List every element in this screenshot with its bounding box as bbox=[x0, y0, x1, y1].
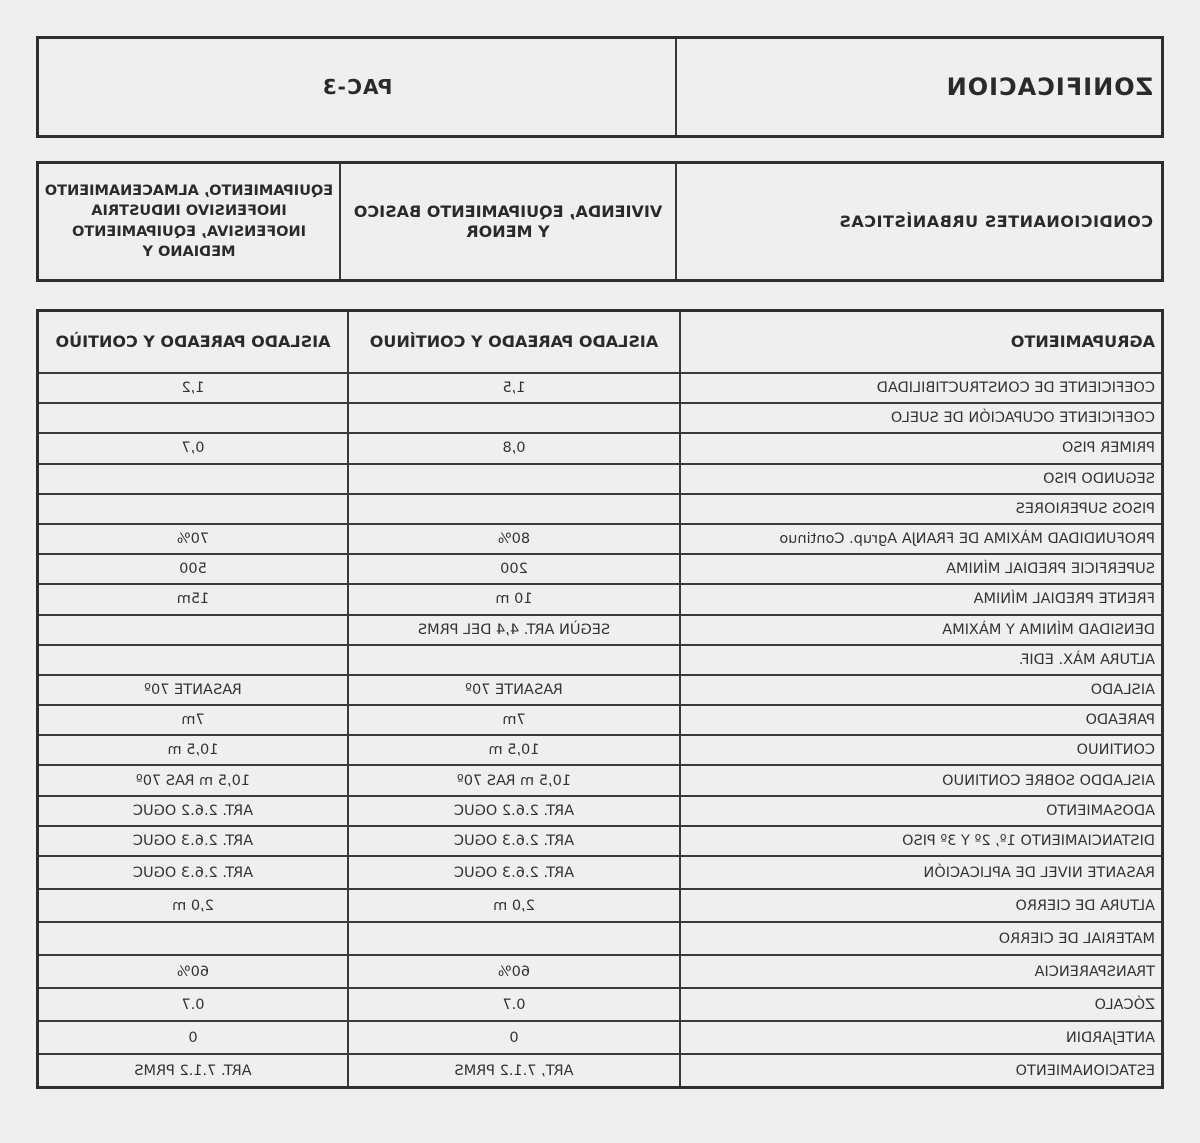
conditions-table: CONDICIONANTES URBANÍSTICAS VIVIENDA, EQ… bbox=[36, 161, 1164, 282]
row-col-2: 10,5 m bbox=[38, 735, 349, 765]
row-col-1 bbox=[348, 403, 680, 433]
row-col-1: 80% bbox=[348, 524, 680, 554]
row-col-1 bbox=[348, 645, 680, 675]
row-label: SUPERFICIE PREDIAL MÍNIMA bbox=[680, 554, 1163, 584]
header-col-1: AISLADO PAREADO Y CONTÍNUO bbox=[348, 311, 680, 374]
use-column-2: EQUIPAMIENTO, ALMACENAMIENTO INOFENSIVO … bbox=[38, 163, 341, 281]
row-col-2 bbox=[38, 922, 349, 955]
row-col-2 bbox=[38, 464, 349, 494]
table-row: RASANTE NIVEL DE APLICACIÓNART. 2.6.3 OG… bbox=[38, 856, 1163, 889]
row-col-2: 0,7 bbox=[38, 433, 349, 463]
row-label: CONTINUO bbox=[680, 735, 1163, 765]
use-column-1: VIVIENDA, EQUIPAMIENTO BASICO Y MENOR bbox=[340, 163, 676, 281]
table-row: TRANSPARENCIA60%60% bbox=[38, 955, 1163, 988]
row-col-2: 0.7 bbox=[38, 988, 349, 1021]
row-label: DENSIDAD MÍNIMA Y MÀXIMA bbox=[680, 615, 1163, 645]
table-row: ADOSAMIENTOART. 2.6.2 OGUCART. 2.6.2 OGU… bbox=[38, 796, 1163, 826]
row-label: PISOS SUPERIORES bbox=[680, 494, 1163, 524]
row-col-1: ART. 2.6.3 OGUC bbox=[348, 826, 680, 856]
row-label: ALTURA DE CIERRO bbox=[680, 889, 1163, 922]
parameters-table: AGRUPAMIENTO AISLADO PAREADO Y CONTÍNUO … bbox=[36, 309, 1164, 1089]
row-col-1 bbox=[348, 464, 680, 494]
row-col-2: RASANTE 70º bbox=[38, 675, 349, 705]
row-col-2: 70% bbox=[38, 524, 349, 554]
row-col-2: 2,0 m bbox=[38, 889, 349, 922]
row-col-1: ART, 7.1.2 PRMS bbox=[348, 1054, 680, 1088]
row-col-2 bbox=[38, 645, 349, 675]
table-row: ALTURA MÀX. EDIF. bbox=[38, 645, 1163, 675]
row-label: ZÓCALO bbox=[680, 988, 1163, 1021]
header-col-2: AISLADO PAREADO Y CONTIÙO bbox=[38, 311, 349, 374]
row-col-2 bbox=[38, 615, 349, 645]
row-label: TRANSPARENCIA bbox=[680, 955, 1163, 988]
table-row: SUPERFICIE PREDIAL MÍNIMA200500 bbox=[38, 554, 1163, 584]
row-col-1: 10 m bbox=[348, 584, 680, 614]
table-row: SEGUNDO PISO bbox=[38, 464, 1163, 494]
table-row: ANTEJARDIN00 bbox=[38, 1021, 1163, 1054]
zoning-value: PAC-3 bbox=[38, 38, 677, 137]
table-row: AISLADORASANTE 70ºRASANTE 70º bbox=[38, 675, 1163, 705]
row-label: SEGUNDO PISO bbox=[680, 464, 1163, 494]
row-col-1: 60% bbox=[348, 955, 680, 988]
row-label: PRIMER PISO bbox=[680, 433, 1163, 463]
row-col-2 bbox=[38, 403, 349, 433]
row-col-1: RASANTE 70º bbox=[348, 675, 680, 705]
row-label: ANTEJARDIN bbox=[680, 1021, 1163, 1054]
table-header-row: AGRUPAMIENTO AISLADO PAREADO Y CONTÍNUO … bbox=[38, 311, 1163, 374]
table-row: PISOS SUPERIORES bbox=[38, 494, 1163, 524]
row-col-1: 10,5 m bbox=[348, 735, 680, 765]
row-col-2: ART. 7.1.2 PRMS bbox=[38, 1054, 349, 1088]
row-col-1: 2,0 m bbox=[348, 889, 680, 922]
row-label: AISLADDO SOBRE CONTINUO bbox=[680, 765, 1163, 795]
row-col-1 bbox=[348, 922, 680, 955]
table-row: PRIMER PISO0,80,7 bbox=[38, 433, 1163, 463]
table-row: CONTINUO10,5 m10,5 m bbox=[38, 735, 1163, 765]
row-col-1: 10,5 m RAS 70º bbox=[348, 765, 680, 795]
row-label: MATERIAL DE CIERRO bbox=[680, 922, 1163, 955]
row-label: COEFICIENTE OCUPACIÓN DE SUELO bbox=[680, 403, 1163, 433]
row-label: ALTURA MÀX. EDIF. bbox=[680, 645, 1163, 675]
row-col-2: 7m bbox=[38, 705, 349, 735]
row-col-1: 1,5 bbox=[348, 373, 680, 403]
row-label: PROFUNDIDAD MÀXIMA DE FRANJA Agrup. Cont… bbox=[680, 524, 1163, 554]
parameters-table-body: AGRUPAMIENTO AISLADO PAREADO Y CONTÍNUO … bbox=[38, 311, 1163, 1088]
row-col-1: 0.7 bbox=[348, 988, 680, 1021]
table-row: PROFUNDIDAD MÀXIMA DE FRANJA Agrup. Cont… bbox=[38, 524, 1163, 554]
row-col-2: ART. 2.6.2 OGUC bbox=[38, 796, 349, 826]
table-row: AISLADDO SOBRE CONTINUO10,5 m RAS 70º10,… bbox=[38, 765, 1163, 795]
table-row: COEFICIENTE OCUPACIÓN DE SUELO bbox=[38, 403, 1163, 433]
row-col-1: 0 bbox=[348, 1021, 680, 1054]
header-label: AGRUPAMIENTO bbox=[680, 311, 1163, 374]
table-row: ESTACIONAMIENTOART, 7.1.2 PRMSART. 7.1.2… bbox=[38, 1054, 1163, 1088]
row-col-1: 200 bbox=[348, 554, 680, 584]
row-label: DISTANCIAMIENTO 1º, 2º Y 3º PISO bbox=[680, 826, 1163, 856]
row-col-1: ART. 2.6.3 OGUC bbox=[348, 856, 680, 889]
mirrored-document-page: ZONIFICACION PAC-3 CONDICIONANTES URBANÍ… bbox=[0, 0, 1200, 1143]
conditions-label: CONDICIONANTES URBANÍSTICAS bbox=[676, 163, 1163, 281]
table-row: PAREADO7m7m bbox=[38, 705, 1163, 735]
table-row: ZÓCALO0.70.7 bbox=[38, 988, 1163, 1021]
row-label: FRENTE PREDIAL MÍNIMA bbox=[680, 584, 1163, 614]
row-col-2: 10,5 m RAS 70º bbox=[38, 765, 349, 795]
row-col-1: ART. 2.6.2 OGUC bbox=[348, 796, 680, 826]
row-col-1: SEGÙN ART. 4,4 DEL PRMS bbox=[348, 615, 680, 645]
row-col-2 bbox=[38, 494, 349, 524]
row-col-2: 1,2 bbox=[38, 373, 349, 403]
row-col-1 bbox=[348, 494, 680, 524]
row-col-1: 0,8 bbox=[348, 433, 680, 463]
table-row: MATERIAL DE CIERRO bbox=[38, 922, 1163, 955]
row-col-2: 60% bbox=[38, 955, 349, 988]
table-row: FRENTE PREDIAL MÍNIMA10 m15m bbox=[38, 584, 1163, 614]
row-label: ESTACIONAMIENTO bbox=[680, 1054, 1163, 1088]
row-col-2: 15m bbox=[38, 584, 349, 614]
table-row: ALTURA DE CIERRO2,0 m2,0 m bbox=[38, 889, 1163, 922]
row-col-2: 500 bbox=[38, 554, 349, 584]
row-col-1: 7m bbox=[348, 705, 680, 735]
zoning-table: ZONIFICACION PAC-3 bbox=[36, 36, 1164, 138]
table-row: DISTANCIAMIENTO 1º, 2º Y 3º PISOART. 2.6… bbox=[38, 826, 1163, 856]
row-col-2: ART. 2.6.3 OGUC bbox=[38, 856, 349, 889]
row-label: AISLADO bbox=[680, 675, 1163, 705]
table-row: COEFICIENTE DE CONSTRUCTIBILIDAD1,51,2 bbox=[38, 373, 1163, 403]
zoning-label: ZONIFICACION bbox=[676, 38, 1163, 137]
row-col-2: 0 bbox=[38, 1021, 349, 1054]
table-row: DENSIDAD MÍNIMA Y MÀXIMASEGÙN ART. 4,4 D… bbox=[38, 615, 1163, 645]
row-label: RASANTE NIVEL DE APLICACIÓN bbox=[680, 856, 1163, 889]
row-col-2: ART. 2.6.3 OGUC bbox=[38, 826, 349, 856]
row-label: ADOSAMIENTO bbox=[680, 796, 1163, 826]
row-label: PAREADO bbox=[680, 705, 1163, 735]
row-label: COEFICIENTE DE CONSTRUCTIBILIDAD bbox=[680, 373, 1163, 403]
